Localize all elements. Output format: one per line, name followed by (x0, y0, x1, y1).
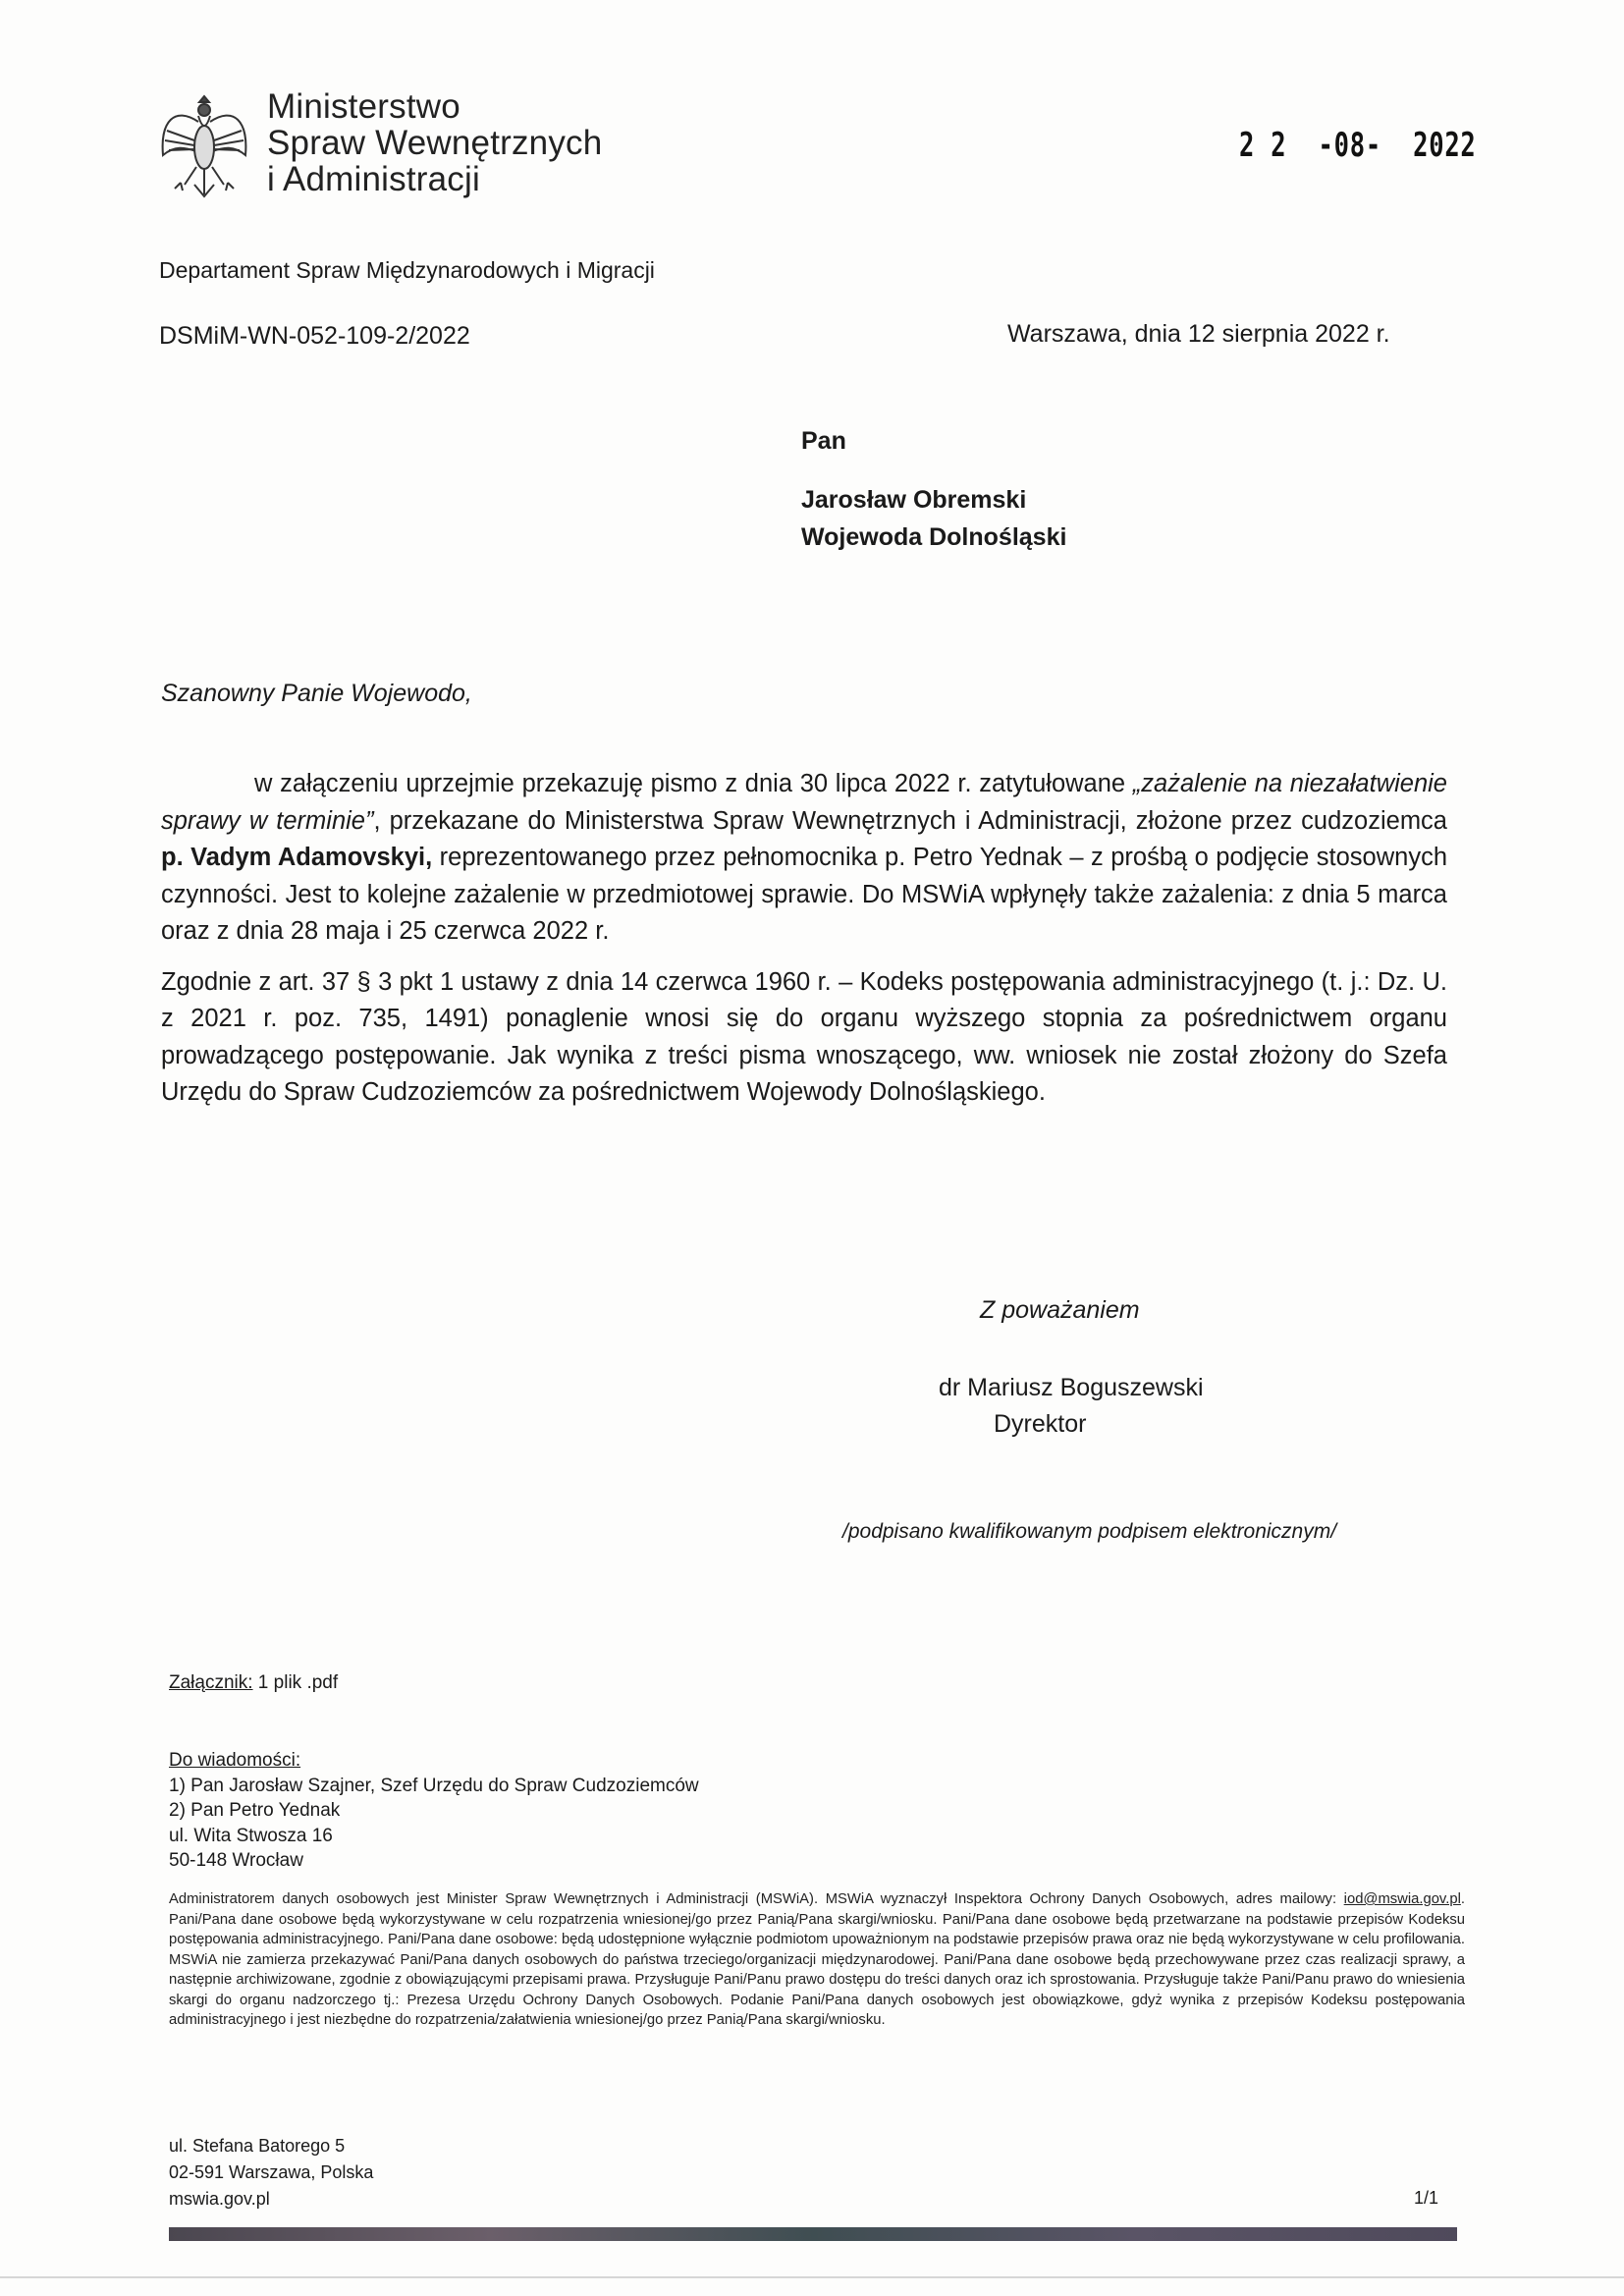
cc-label: Do wiadomości: (169, 1748, 699, 1774)
ministry-line-2: Spraw Wewnętrznych (267, 125, 602, 161)
p1-foreigner-name: p. Vadym Adamovskyi, (161, 844, 432, 871)
footer-bar (169, 2227, 1457, 2241)
gdpr-text-b: . Pani/Pana dane osobowe będą wykorzysty… (169, 1891, 1465, 2028)
reference-number: DSMiM-WN-052-109-2/2022 (159, 322, 470, 351)
cc-line-1: 1) Pan Jarosław Szajner, Szef Urzędu do … (169, 1774, 699, 1799)
footer-city: 02-591 Warszawa, Polska (169, 2159, 373, 2186)
attachment-label: Załącznik: (169, 1672, 253, 1693)
p1-text-a: w załączeniu uprzejmie przekazuję pismo … (254, 770, 1133, 797)
signer-block: dr Mariusz Boguszewski Dyrektor (939, 1370, 1204, 1443)
signer-name: dr Mariusz Boguszewski (939, 1370, 1204, 1406)
gdpr-text-a: Administratorem danych osobowych jest Mi… (169, 1891, 1344, 1907)
footer-address: ul. Stefana Batorego 5 02-591 Warszawa, … (169, 2133, 373, 2213)
receipt-date-stamp: 2 2 -08- 2022 (1239, 126, 1477, 165)
recipient-block: Pan Jarosław Obremski Wojewoda Dolnośląs… (801, 422, 1066, 556)
page-number: 1/1 (1414, 2188, 1438, 2209)
cc-line-4: 50-148 Wrocław (169, 1848, 699, 1874)
p1-text-b: , przekazane do Ministerstwa Spraw Wewnę… (373, 807, 1447, 835)
cc-block: Do wiadomości: 1) Pan Jarosław Szajner, … (169, 1748, 699, 1874)
body-paragraph-1: w załączeniu uprzejmie przekazuję pismo … (161, 766, 1447, 951)
recipient-position: Wojewoda Dolnośląski (801, 519, 1066, 556)
letter-body: w załączeniu uprzejmie przekazuję pismo … (161, 766, 1447, 1125)
iod-email-link[interactable]: iod@mswia.gov.pl (1344, 1891, 1461, 1907)
ministry-line-1: Ministerstwo (267, 88, 602, 125)
signer-role: Dyrektor (939, 1406, 1204, 1443)
cc-line-2: 2) Pan Petro Yednak (169, 1798, 699, 1824)
department-name: Departament Spraw Międzynarodowych i Mig… (159, 257, 655, 284)
body-paragraph-2: Zgodnie z art. 37 § 3 pkt 1 ustawy z dni… (161, 964, 1447, 1112)
ministry-name: Ministerstwo Spraw Wewnętrznych i Admini… (267, 88, 602, 197)
closing-phrase: Z poważaniem (980, 1296, 1140, 1325)
salutation: Szanowny Panie Wojewodo, (161, 680, 472, 708)
polish-eagle-emblem-icon (155, 86, 253, 202)
footer-website: mswia.gov.pl (169, 2186, 373, 2213)
place-and-date: Warszawa, dnia 12 sierpnia 2022 r. (1007, 320, 1390, 349)
ministry-line-3: i Administracji (267, 161, 602, 197)
recipient-name: Jarosław Obremski (801, 481, 1066, 519)
electronic-signature-note: /podpisano kwalifikowanym podpisem elekt… (842, 1520, 1336, 1544)
page-edge (0, 2276, 1624, 2278)
footer-street: ul. Stefana Batorego 5 (169, 2133, 373, 2159)
attachment-line: Załącznik: 1 plik .pdf (169, 1672, 338, 1694)
cc-line-3: ul. Wita Stwosza 16 (169, 1824, 699, 1849)
recipient-title: Pan (801, 422, 1066, 460)
gdpr-notice: Administratorem danych osobowych jest Mi… (169, 1889, 1465, 2031)
attachment-value: 1 plik .pdf (253, 1672, 339, 1693)
